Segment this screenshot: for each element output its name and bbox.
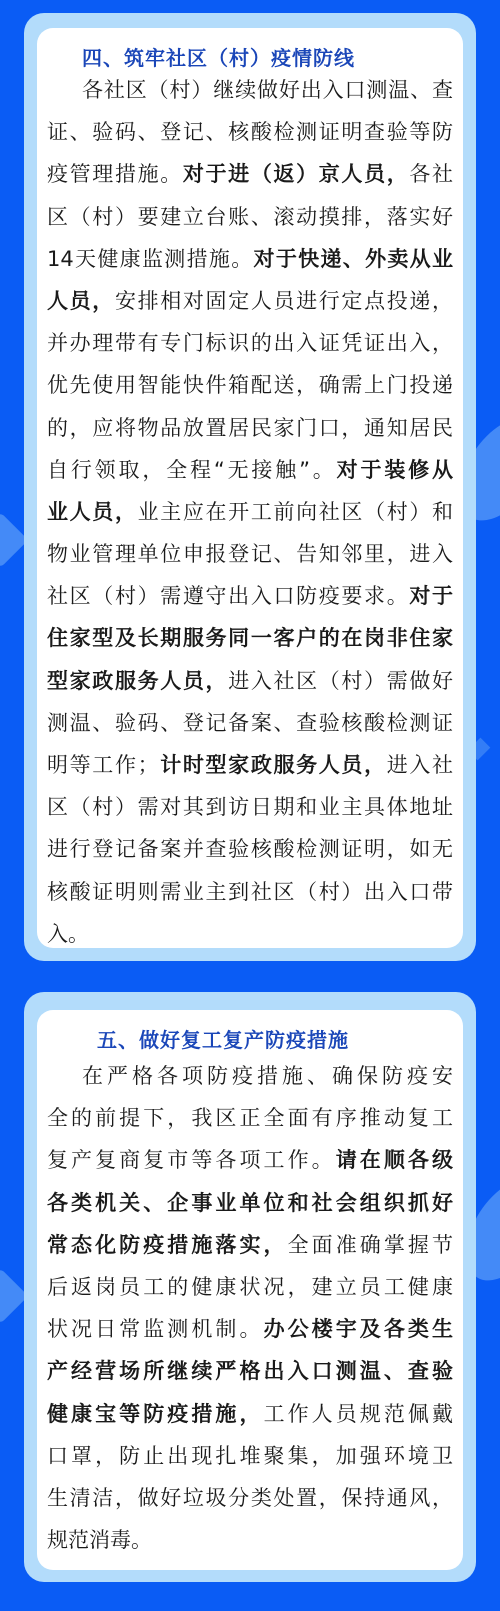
text-run: 全面准确掌握节 bbox=[288, 1233, 453, 1257]
section-card-body: 四、筑牢社区（村）疫情防线 各社区（村）继续做好出入口测温、查证、验码、登记、核… bbox=[37, 28, 463, 948]
bold-text: 各类机关、企事业单位和社会组织抓好 bbox=[47, 1191, 453, 1215]
text-run: 状况日常监测机制。 bbox=[47, 1317, 264, 1341]
text-run: 14天健康监测措施。 bbox=[47, 247, 254, 271]
bold-text: 对于快递、外卖从业 bbox=[254, 247, 453, 271]
section-heading: 四、筑牢社区（村）疫情防线 bbox=[82, 42, 355, 71]
bold-text: 对于进（返）京人员， bbox=[183, 162, 409, 186]
paragraph-line: 健康宝等防疫措施，工作人员规范佩戴 bbox=[47, 1393, 453, 1435]
paragraph-line: 入。 bbox=[47, 913, 453, 955]
bold-text: 住家型及长期服务同一客户的在岗非住家 bbox=[47, 626, 453, 650]
paragraph-line: 的，应将物品放置居民家门口，通知居民 bbox=[47, 407, 453, 449]
paragraph-line: 核酸证明则需业主到社区（村）出入口带 bbox=[47, 871, 453, 913]
bold-text: 常态化防疫措施落实， bbox=[47, 1233, 288, 1257]
paragraph-line: 全的前提下，我区正全面有序推动复工 bbox=[47, 1097, 453, 1139]
text-run: 各社区（村）继续做好出入口测温、查 bbox=[82, 78, 453, 102]
text-run: 核酸证明则需业主到社区（村）出入口带 bbox=[47, 880, 453, 904]
section-paragraph: 在严格各项防疫措施、确保防疫安全的前提下，我区正全面有序推动复工复产复商复市等各… bbox=[47, 1055, 453, 1561]
text-run: 规范消毒。 bbox=[47, 1528, 152, 1552]
bold-text: 产经营场所继续严格出入口测温、查验 bbox=[47, 1359, 453, 1383]
text-run: 后返岗员工的健康状况，建立员工健康 bbox=[47, 1275, 453, 1299]
paragraph-line: 生清洁，做好垃圾分类处置，保持通风， bbox=[47, 1477, 453, 1519]
bold-text: 业人员， bbox=[47, 500, 138, 524]
text-run: 并办理带有专门标识的出入证凭证出入， bbox=[47, 331, 453, 355]
paragraph-line: 状况日常监测机制。办公楼宇及各类生 bbox=[47, 1308, 453, 1350]
bold-text: 健康宝等防疫措施， bbox=[47, 1402, 264, 1426]
text-run: 全的前提下，我区正全面有序推动复工 bbox=[47, 1106, 453, 1130]
paragraph-line: 复产复商复市等各项工作。请在顺各级 bbox=[47, 1139, 453, 1181]
text-run: 疫管理措施。 bbox=[47, 162, 183, 186]
section-card-community: 四、筑牢社区（村）疫情防线 各社区（村）继续做好出入口测温、查证、验码、登记、核… bbox=[24, 13, 476, 961]
text-run: 优先使用智能快件箱配送，确需上门投递 bbox=[47, 373, 453, 397]
paragraph-line: 住家型及长期服务同一客户的在岗非住家 bbox=[47, 617, 453, 659]
text-run: 生清洁，做好垃圾分类处置，保持通风， bbox=[47, 1486, 453, 1510]
paragraph-line: 物业管理单位申报登记、告知邻里，进入 bbox=[47, 533, 453, 575]
paragraph-line: 区（村）要建立台账、滚动摸排，落实好 bbox=[47, 196, 453, 238]
text-run: 各社 bbox=[409, 162, 453, 186]
bold-text: 办公楼宇及各类生 bbox=[264, 1317, 453, 1341]
section-card-resume-work: 五、做好复工复产防疫措施 在严格各项防疫措施、确保防疫安全的前提下，我区正全面有… bbox=[24, 992, 476, 1582]
paragraph-line: 产经营场所继续严格出入口测温、查验 bbox=[47, 1350, 453, 1392]
paragraph-line: 14天健康监测措施。对于快递、外卖从业 bbox=[47, 238, 453, 280]
text-run: 安排相对固定人员进行定点投递， bbox=[115, 289, 453, 313]
paragraph-line: 社区（村）需遵守出入口防疫要求。对于 bbox=[47, 575, 453, 617]
paragraph-line: 测温、验码、登记备案、查验核酸检测证 bbox=[47, 702, 453, 744]
section-heading: 五、做好复工复产防疫措施 bbox=[97, 1024, 349, 1053]
text-run: 的，应将物品放置居民家门口，通知居民 bbox=[47, 416, 453, 440]
text-run: 口罩，防止出现扎堆聚集，加强环境卫 bbox=[47, 1444, 453, 1468]
paragraph-line: 常态化防疫措施落实，全面准确掌握节 bbox=[47, 1224, 453, 1266]
text-run: 区（村）要建立台账、滚动摸排，落实好 bbox=[47, 205, 453, 229]
bold-text: 对于 bbox=[409, 584, 453, 608]
text-run: 复产复商复市等各项工作。 bbox=[47, 1148, 336, 1172]
text-run: 自行领取，全程“无接触”。 bbox=[47, 458, 337, 482]
paragraph-line: 在严格各项防疫措施、确保防疫安 bbox=[47, 1055, 453, 1097]
paragraph-line: 并办理带有专门标识的出入证凭证出入， bbox=[47, 322, 453, 364]
text-run: 区（村）需对其到访日期和业主具体地址 bbox=[47, 795, 453, 819]
text-run: 进入社 bbox=[387, 753, 453, 777]
text-run: 工作人员规范佩戴 bbox=[264, 1402, 453, 1426]
paragraph-line: 型家政服务人员，进入社区（村）需做好 bbox=[47, 660, 453, 702]
text-run: 物业管理单位申报登记、告知邻里，进入 bbox=[47, 542, 453, 566]
paragraph-line: 人员，安排相对固定人员进行定点投递， bbox=[47, 280, 453, 322]
paragraph-line: 口罩，防止出现扎堆聚集，加强环境卫 bbox=[47, 1435, 453, 1477]
paragraph-line: 业人员，业主应在开工前向社区（村）和 bbox=[47, 491, 453, 533]
text-run: 明等工作； bbox=[47, 753, 159, 777]
text-run: 业主应在开工前向社区（村）和 bbox=[138, 500, 453, 524]
bold-text: 请在顺各级 bbox=[336, 1148, 453, 1172]
section-card-body: 五、做好复工复产防疫措施 在严格各项防疫措施、确保防疫安全的前提下，我区正全面有… bbox=[37, 1010, 463, 1570]
paragraph-line: 各类机关、企事业单位和社会组织抓好 bbox=[47, 1182, 453, 1224]
paragraph-line: 证、验码、登记、核酸检测证明查验等防 bbox=[47, 111, 453, 153]
bold-text: 对于装修从 bbox=[337, 458, 453, 482]
text-run: 入。 bbox=[47, 922, 89, 946]
bold-text: 人员， bbox=[47, 289, 115, 313]
paragraph-line: 区（村）需对其到访日期和业主具体地址 bbox=[47, 786, 453, 828]
paragraph-line: 后返岗员工的健康状况，建立员工健康 bbox=[47, 1266, 453, 1308]
text-run: 进行登记备案并查验核酸检测证明，如无 bbox=[47, 837, 453, 861]
paragraph-line: 各社区（村）继续做好出入口测温、查 bbox=[47, 69, 453, 111]
text-run: 进入社区（村）需做好 bbox=[228, 669, 453, 693]
paragraph-line: 优先使用智能快件箱配送，确需上门投递 bbox=[47, 364, 453, 406]
section-paragraph: 各社区（村）继续做好出入口测温、查证、验码、登记、核酸检测证明查验等防疫管理措施… bbox=[47, 69, 453, 955]
text-run: 证、验码、登记、核酸检测证明查验等防 bbox=[47, 120, 453, 144]
bold-text: 型家政服务人员， bbox=[47, 669, 228, 693]
paragraph-line: 自行领取，全程“无接触”。对于装修从 bbox=[47, 449, 453, 491]
bold-text: 计时型家政服务人员， bbox=[159, 753, 387, 777]
paragraph-line: 规范消毒。 bbox=[47, 1519, 453, 1561]
text-run: 测温、验码、登记备案、查验核酸检测证 bbox=[47, 711, 453, 735]
paragraph-line: 进行登记备案并查验核酸检测证明，如无 bbox=[47, 828, 453, 870]
paragraph-line: 明等工作；计时型家政服务人员，进入社 bbox=[47, 744, 453, 786]
text-run: 在严格各项防疫措施、确保防疫安 bbox=[82, 1064, 453, 1088]
text-run: 社区（村）需遵守出入口防疫要求。 bbox=[47, 584, 409, 608]
paragraph-line: 疫管理措施。对于进（返）京人员，各社 bbox=[47, 153, 453, 195]
